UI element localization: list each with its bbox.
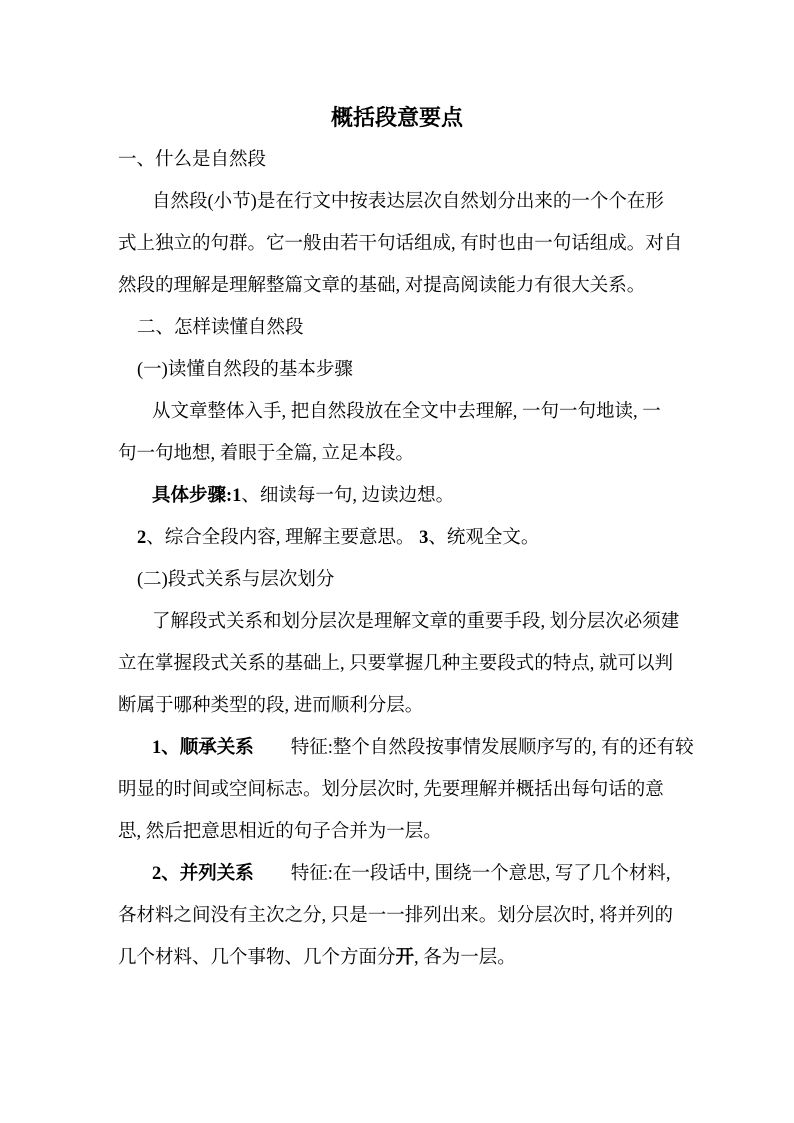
text-run: 了解段式关系和划分层次是理解文章的重要手段, 划分层次必须建	[152, 612, 679, 632]
text-run: 式上独立的句群。它一般由若干句话组成, 有时也由一句话组成。对自	[118, 234, 682, 254]
subsection-heading: (一)读懂自然段的基本步骤	[137, 360, 353, 380]
text-run: 特征:整个自然段按事情发展顺序写的, 有的还有较	[254, 738, 694, 758]
text-run: 各材料之间没有主次之分, 只是一一排列出来。划分层次时, 将并列的	[118, 906, 673, 926]
bold-run: 1、顺承关系	[152, 738, 254, 758]
text-run: 然段的理解是理解整篇文章的基础, 对提高阅读能力有很大关系。	[118, 276, 645, 296]
text-line: 自然段(小节)是在行文中按表达层次自然划分出来的一个个在形	[118, 181, 718, 223]
bold-run: 开	[396, 948, 415, 968]
bold-run: 2	[137, 528, 146, 548]
text-line: 各材料之间没有主次之分, 只是一一排列出来。划分层次时, 将并列的	[118, 895, 718, 937]
text-line: (一)读懂自然段的基本步骤	[118, 349, 718, 391]
bold-run: 2、并列关系	[152, 864, 254, 884]
text-run: 、细读每一句, 边读边想。	[241, 486, 454, 506]
text-run: 思, 然后把意思相近的句子合并为一层。	[118, 822, 442, 842]
text-line: 了解段式关系和划分层次是理解文章的重要手段, 划分层次必须建	[118, 601, 718, 643]
document-page: 概括段意要点 一、什么是自然段 自然段(小节)是在行文中按表达层次自然划分出来的…	[0, 0, 794, 1123]
text-run: 明显的时间或空间标志。划分层次时, 先要理解并概括出每句话的意	[118, 780, 664, 800]
text-run: 一、什么是自然段	[118, 150, 266, 170]
text-line: 思, 然后把意思相近的句子合并为一层。	[118, 811, 718, 853]
bold-run: 具体步骤:1	[152, 486, 241, 506]
document-body: 概括段意要点 一、什么是自然段 自然段(小节)是在行文中按表达层次自然划分出来的…	[118, 97, 718, 979]
text-line: 具体步骤:1、细读每一句, 边读边想。	[118, 475, 718, 517]
text-line: (二)段式关系与层次划分	[118, 559, 718, 601]
text-run: , 各为一层。	[414, 948, 516, 968]
text-run: 从文章整体入手, 把自然段放在全文中去理解, 一句一句地读, 一	[152, 402, 661, 422]
document-title: 概括段意要点	[118, 97, 676, 139]
text-run: 断属于哪种类型的段, 进而顺利分层。	[118, 696, 423, 716]
text-line: 然段的理解是理解整篇文章的基础, 对提高阅读能力有很大关系。	[118, 265, 718, 307]
text-line: 从文章整体入手, 把自然段放在全文中去理解, 一句一句地读, 一	[118, 391, 718, 433]
text-line: 2、并列关系 特征:在一段话中, 围绕一个意思, 写了几个材料,	[118, 853, 718, 895]
text-run: 几个材料、几个事物、几个方面分	[118, 948, 396, 968]
text-line: 2、综合全段内容, 理解主要意思。 3、统观全文。	[118, 517, 718, 559]
text-run: 特征:在一段话中, 围绕一个意思, 写了几个材料,	[254, 864, 671, 884]
section-heading: 二、怎样读懂自然段	[137, 318, 304, 338]
text-line: 断属于哪种类型的段, 进而顺利分层。	[118, 685, 718, 727]
text-line: 明显的时间或空间标志。划分层次时, 先要理解并概括出每句话的意	[118, 769, 718, 811]
text-run: 立在掌握段式关系的基础上, 只要掌握几种主要段式的特点, 就可以判	[118, 654, 673, 674]
text-line: 几个材料、几个事物、几个方面分开, 各为一层。	[118, 937, 718, 979]
text-run: 自然段(小节)是在行文中按表达层次自然划分出来的一个个在形	[152, 192, 664, 212]
text-run: 、综合全段内容, 理解主要意思。	[146, 528, 419, 548]
text-line: 二、怎样读懂自然段	[118, 307, 718, 349]
text-run: 、统观全文。	[428, 528, 539, 548]
subsection-heading: (二)段式关系与层次划分	[137, 570, 334, 590]
bold-run: 3	[419, 528, 428, 548]
text-line: 立在掌握段式关系的基础上, 只要掌握几种主要段式的特点, 就可以判	[118, 643, 718, 685]
text-line: 1、顺承关系 特征:整个自然段按事情发展顺序写的, 有的还有较	[118, 727, 718, 769]
text-line: 一、什么是自然段	[118, 139, 718, 181]
text-run: 句一句地想, 着眼于全篇, 立足本段。	[118, 444, 414, 464]
text-line: 句一句地想, 着眼于全篇, 立足本段。	[118, 433, 718, 475]
text-line: 式上独立的句群。它一般由若干句话组成, 有时也由一句话组成。对自	[118, 223, 718, 265]
